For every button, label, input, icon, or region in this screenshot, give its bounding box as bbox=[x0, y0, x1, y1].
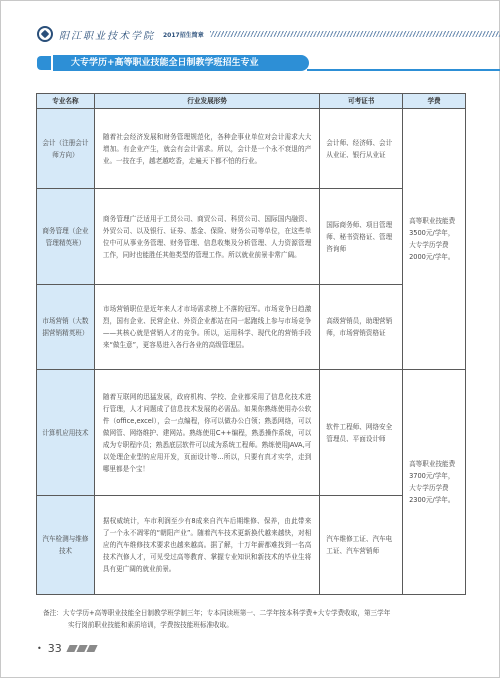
footnote-line-1: 大专学历+高等职业技能全日制教学班学制三年；专本同读班第一、二学年按本科学费+大… bbox=[63, 609, 391, 617]
tuition-fee: 高等职业技能费3700元/学年，大专学历学费2300元/学年。 bbox=[403, 370, 466, 595]
section-title-bar: 大专学历+高等职业技能全日制教学班招生专业 bbox=[37, 55, 467, 71]
program-name: 汽车检测与维修技术 bbox=[37, 496, 95, 595]
col-header-trend: 行业发展形势 bbox=[94, 94, 319, 109]
brochure-page: 阳江职业技术学院 2017招生简章 大专学历+高等职业技能全日制教学班招生专业 … bbox=[0, 0, 500, 678]
page-footer: • 33 bbox=[37, 641, 96, 655]
industry-trend: 据权威统计，车市利润至少有8成来自汽车后期维修、保养，由此带来了一个永不凋零的“… bbox=[94, 496, 319, 595]
certificates: 高级营销员，助理营销师，市场营销资格证 bbox=[320, 285, 403, 370]
title-stub-decoration bbox=[37, 56, 51, 70]
page-header: 阳江职业技术学院 2017招生简章 bbox=[37, 25, 500, 43]
table-header-row: 专业名称 行业发展形势 可考证书 学费 bbox=[37, 94, 466, 109]
table-row: 会计（注册会计师方向） 随着社会经济发展和财务管理规范化，各种企事业单位对会计需… bbox=[37, 109, 466, 189]
industry-trend: 市场营销职位是近年来人才市场需求榜上不落的冠军。市场竞争日趋激烈，国有企业、民营… bbox=[94, 285, 319, 370]
page-bar-decoration bbox=[86, 645, 97, 652]
header-hatch-decoration bbox=[210, 31, 500, 37]
bullet-dot-icon: • bbox=[37, 644, 42, 653]
program-name: 计算机应用技术 bbox=[37, 370, 95, 496]
industry-trend: 商务管理广泛适用于工贸公司、商贸公司、科贸公司、国际国内融资、外贸公司、以及银行… bbox=[94, 189, 319, 285]
footnote-line-2: 实行岗前职业技能和素质培训，学费按技能班标准收取。 bbox=[43, 619, 463, 631]
program-name: 会计（注册会计师方向） bbox=[37, 109, 95, 189]
program-name: 商务管理（企业管理精英班） bbox=[37, 189, 95, 285]
col-header-fee: 学费 bbox=[403, 94, 466, 109]
industry-trend: 随着社会经济发展和财务管理规范化，各种企事业单位对会计需求大大增加。有企业产生，… bbox=[94, 109, 319, 189]
table-row: 市场营销（大数据营销精英班） 市场营销职位是近年来人才市场需求榜上不落的冠军。市… bbox=[37, 285, 466, 370]
program-name: 市场营销（大数据营销精英班） bbox=[37, 285, 95, 370]
school-name: 阳江职业技术学院 bbox=[59, 27, 155, 42]
col-header-cert: 可考证书 bbox=[320, 94, 403, 109]
title-underline bbox=[307, 69, 500, 71]
brochure-tag: 2017招生简章 bbox=[163, 30, 204, 39]
footnote: 备注：大专学历+高等职业技能全日制教学班学制三年；专本同读班第一、二学年按本科学… bbox=[43, 607, 463, 631]
school-emblem-icon bbox=[37, 26, 53, 42]
col-header-name: 专业名称 bbox=[37, 94, 95, 109]
section-title: 大专学历+高等职业技能全日制教学班招生专业 bbox=[53, 55, 309, 71]
programs-table: 专业名称 行业发展形势 可考证书 学费 会计（注册会计师方向） 随着社会经济发展… bbox=[36, 93, 466, 595]
footnote-label: 备注： bbox=[43, 609, 63, 617]
certificates: 软件工程师、网络安全管理员、平面设计师 bbox=[320, 370, 403, 496]
tuition-fee: 高等职业技能费3500元/学年，大专学历学费2000元/学年。 bbox=[403, 109, 466, 370]
certificates: 国际商务师、项目管理师、秘书资格证、管理咨询师 bbox=[320, 189, 403, 285]
certificates: 会计师、经济师、会计从业证、银行从业证 bbox=[320, 109, 403, 189]
table-row: 计算机应用技术 随着互联网的迅猛发展，政府机构、学校、企业都采用了信息化技术进行… bbox=[37, 370, 466, 496]
table-row: 商务管理（企业管理精英班） 商务管理广泛适用于工贸公司、商贸公司、科贸公司、国际… bbox=[37, 189, 466, 285]
page-number: 33 bbox=[48, 642, 62, 655]
industry-trend: 随着互联网的迅猛发展，政府机构、学校、企业都采用了信息化技术进行管理，人才问题成… bbox=[94, 370, 319, 496]
certificates: 汽车维修工证、汽车电工证、汽车营销师 bbox=[320, 496, 403, 595]
table-row: 汽车检测与维修技术 据权威统计，车市利润至少有8成来自汽车后期维修、保养，由此带… bbox=[37, 496, 466, 595]
